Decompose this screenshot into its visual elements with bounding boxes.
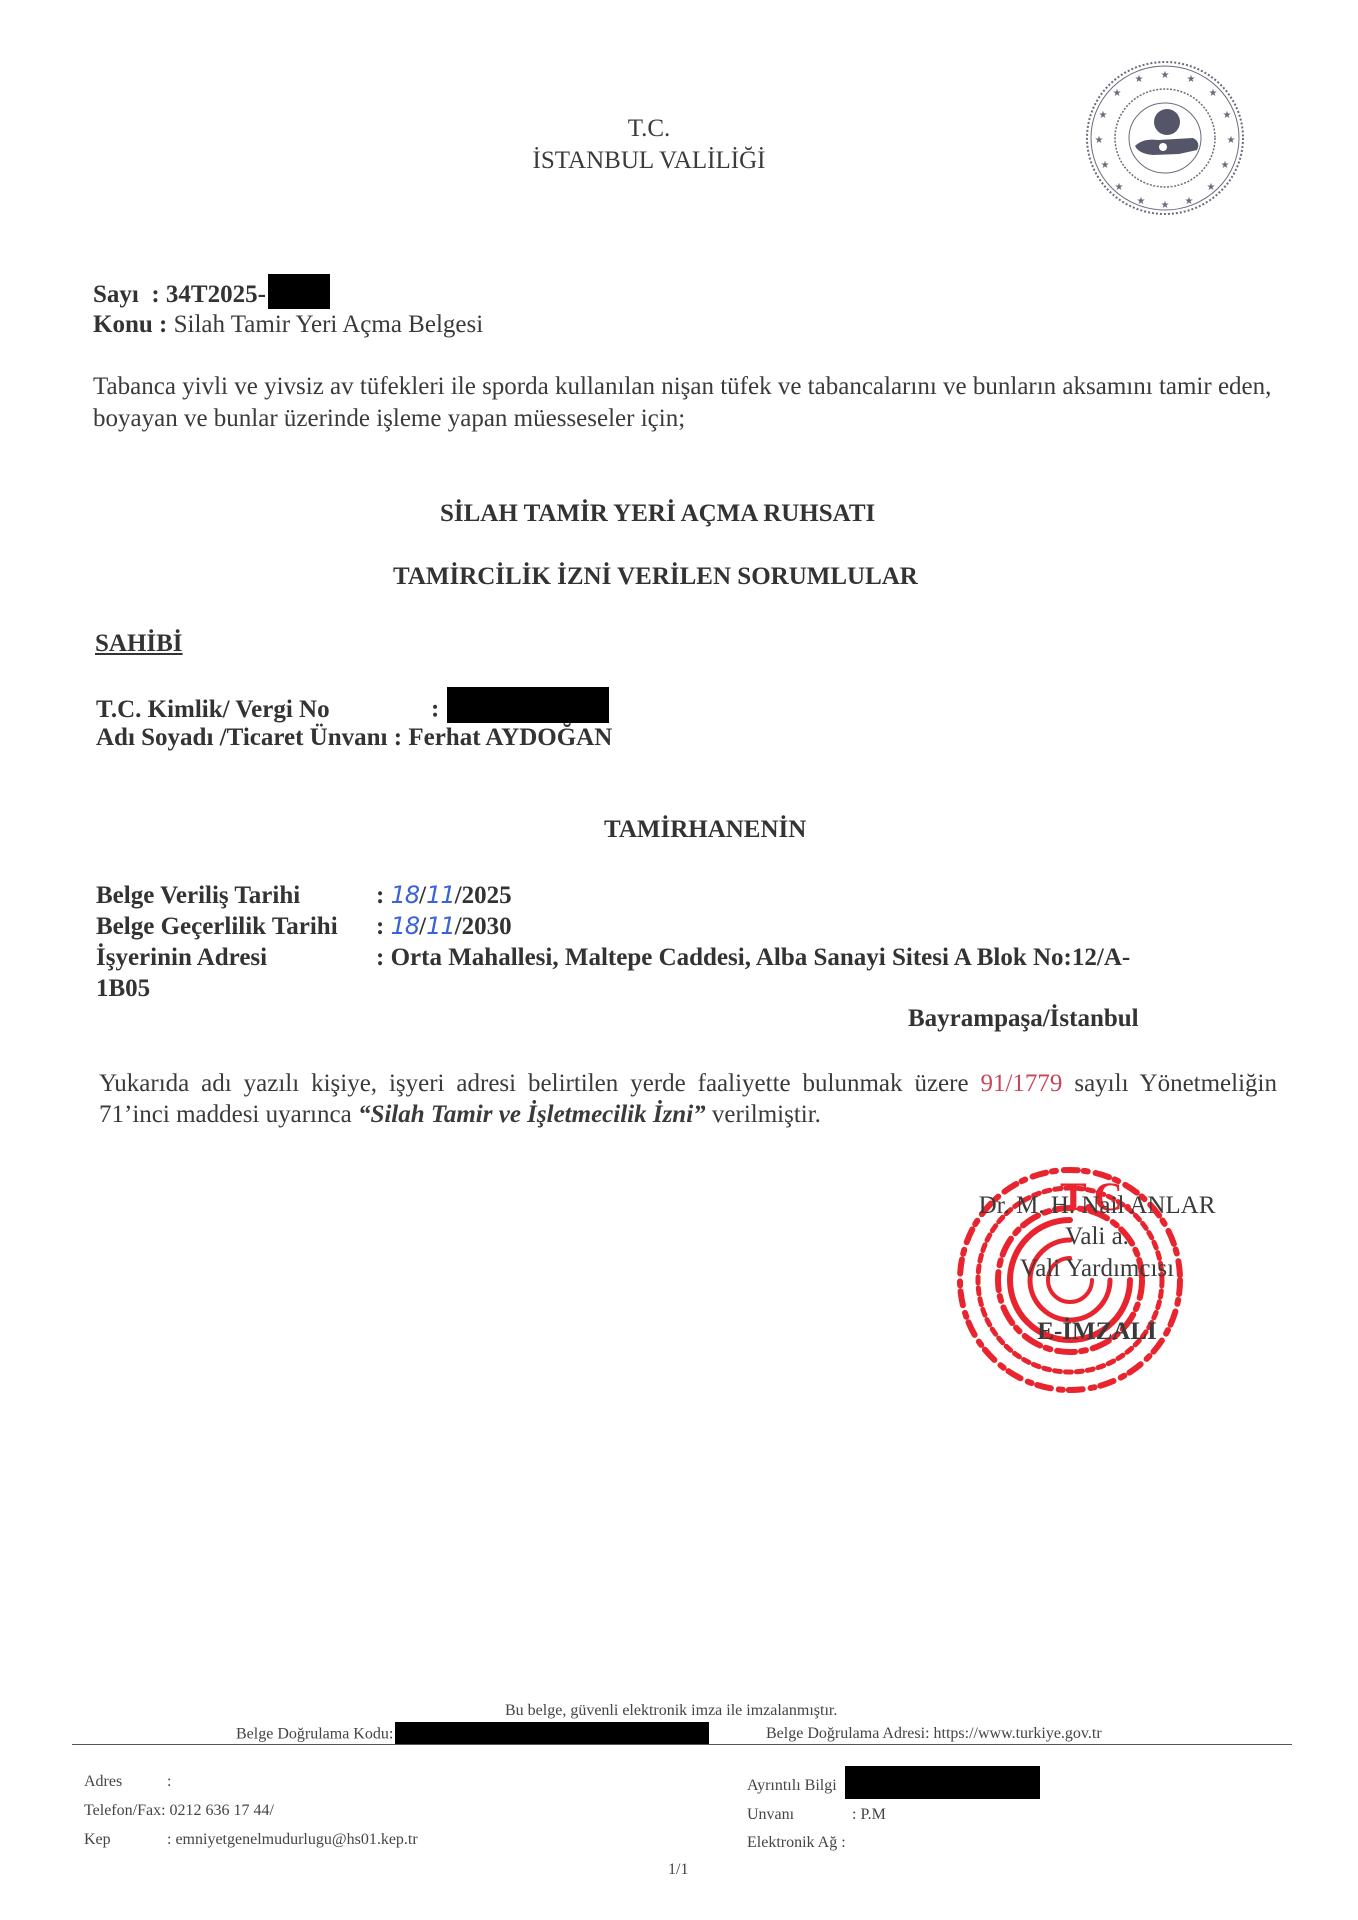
permit-paragraph: Yukarıda adı yazılı kişiye, işyeri adres… <box>99 1068 1277 1130</box>
issue-date-label: Belge Veriliş Tarihi <box>96 880 376 911</box>
svg-text:★: ★ <box>1161 200 1170 211</box>
redacted-info <box>845 1766 1040 1799</box>
svg-text:★: ★ <box>1113 88 1122 99</box>
tckn-sep: : <box>431 696 439 723</box>
intro-paragraph: Tabanca yivli ve yivsiz av tüfekleri ile… <box>93 371 1278 435</box>
regulation-number: 91/1779 <box>980 1070 1062 1097</box>
verify-code-label: Belge Doğrulama Kodu: <box>236 1726 393 1743</box>
valid-date-row: Belge Geçerlilik Tarihi: 18/11/2030 <box>96 911 512 942</box>
footer-address-label: Adres <box>84 1772 167 1792</box>
svg-text:★: ★ <box>1115 182 1124 193</box>
footer-title: Unvanı: P.M <box>747 1805 886 1825</box>
valid-sep: : <box>376 913 391 940</box>
document-subject: Konu : Silah Tamir Yeri Açma Belgesi <box>93 310 483 340</box>
sayi-value: : 34T2025- <box>151 281 266 308</box>
svg-text:★: ★ <box>1221 160 1230 171</box>
valid-month: 11 <box>426 912 455 940</box>
permit-name: “Silah Tamir ve İşletmecilik İzni” <box>358 1101 706 1128</box>
address-continuation: 1B05 <box>96 973 150 1004</box>
issue-sep: : <box>376 882 391 909</box>
svg-text:★: ★ <box>1227 135 1236 146</box>
svg-text:★: ★ <box>1161 70 1170 81</box>
svg-text:★: ★ <box>1137 196 1146 207</box>
footer-info-label: Ayrıntılı Bilgi <box>747 1777 837 1794</box>
tckn-label: T.C. Kimlik/ Vergi No <box>96 695 431 725</box>
address-city: Bayrampaşa/İstanbul <box>908 1005 1139 1033</box>
issue-year: /2025 <box>455 882 512 909</box>
svg-text:★: ★ <box>1185 196 1194 207</box>
svg-text:★: ★ <box>1099 110 1108 121</box>
name-label: Adı Soyadı /Ticaret Ünvanı <box>96 724 388 751</box>
footer-phone: Telefon/Fax: 0212 636 17 44/ <box>84 1801 274 1821</box>
e-signed-label: E-İMZALI <box>947 1318 1247 1346</box>
redacted-verify-code <box>395 1722 709 1744</box>
owner-section-heading: SAHİBİ <box>95 630 183 658</box>
svg-text:★: ★ <box>1095 135 1104 146</box>
valid-date-label: Belge Geçerlilik Tarihi <box>96 911 376 942</box>
esign-note: Bu belge, güvenli elektronik imza ile im… <box>505 1701 837 1721</box>
issue-month: 11 <box>426 881 455 909</box>
address-label: İşyerinin Adresi <box>96 942 376 973</box>
valid-day: 18 <box>391 912 420 940</box>
footer-network: Elektronik Ağ : <box>747 1833 846 1853</box>
footer-kep-label: Kep <box>84 1830 167 1850</box>
svg-text:★: ★ <box>1135 74 1144 85</box>
redacted-number <box>268 274 330 309</box>
redacted-id <box>447 687 609 723</box>
footer-title-label: Unvanı <box>747 1805 852 1825</box>
page-number: 1/1 <box>668 1861 688 1879</box>
svg-text:★: ★ <box>1209 88 1218 99</box>
main-title: SİLAH TAMİR YERİ AÇMA RUHSATI <box>440 500 875 528</box>
address-row: İşyerinin Adresi: Orta Mahallesi, Maltep… <box>96 942 1130 973</box>
svg-text:★: ★ <box>1207 182 1216 193</box>
konu-value: Silah Tamir Yeri Açma Belgesi <box>167 311 483 338</box>
sayi-label: Sayı <box>93 281 139 308</box>
svg-text:★: ★ <box>1223 110 1232 121</box>
signatory-title-1: Vali a. <box>947 1223 1247 1251</box>
verify-code: Belge Doğrulama Kodu: <box>236 1724 709 1746</box>
footer-kep-value: : emniyetgenelmudurlugu@hs01.kep.tr <box>167 1831 418 1848</box>
name-value: : Ferhat AYDOĞAN <box>394 724 613 751</box>
konu-label: Konu : <box>93 311 167 338</box>
verify-address: Belge Doğrulama Adresi: https://www.turk… <box>766 1724 1102 1744</box>
address-value: : Orta Mahallesi, Maltepe Caddesi, Alba … <box>376 944 1130 971</box>
footer-kep: Kep: emniyetgenelmudurlugu@hs01.kep.tr <box>84 1830 418 1850</box>
permit-text-1: Yukarıda adı yazılı kişiye, işyeri adres… <box>99 1070 980 1097</box>
workshop-heading: TAMİRHANENİN <box>604 816 806 844</box>
document-number: Sayı : 34T2025- <box>93 279 330 314</box>
owner-name-row: Adı Soyadı /Ticaret Ünvanı : Ferhat AYDO… <box>96 723 612 753</box>
footer-info: Ayrıntılı Bilgi <box>747 1770 1040 1803</box>
issue-day: 18 <box>391 881 420 909</box>
svg-text:★: ★ <box>1187 74 1196 85</box>
footer-divider <box>72 1744 1292 1745</box>
signatory-title-2: Vali Yardımcısı <box>947 1255 1247 1283</box>
valid-year: /2030 <box>455 913 512 940</box>
footer-title-value: : P.M <box>852 1806 886 1823</box>
ministry-seal-icon: ★★★ ★★ ★★ ★★ ★★ ★★ ★★★ <box>1083 58 1247 218</box>
footer-address-value: : <box>167 1773 171 1790</box>
sub-title: TAMİRCİLİK İZNİ VERİLEN SORUMLULAR <box>393 563 918 591</box>
svg-text:★: ★ <box>1101 160 1110 171</box>
signatory-name: Dr. M. H. Nail ANLAR <box>947 1192 1247 1220</box>
permit-text-3: verilmiştir. <box>706 1101 821 1128</box>
issue-date-row: Belge Veriliş Tarihi: 18/11/2025 <box>96 880 512 911</box>
footer-address: Adres: <box>84 1772 171 1792</box>
